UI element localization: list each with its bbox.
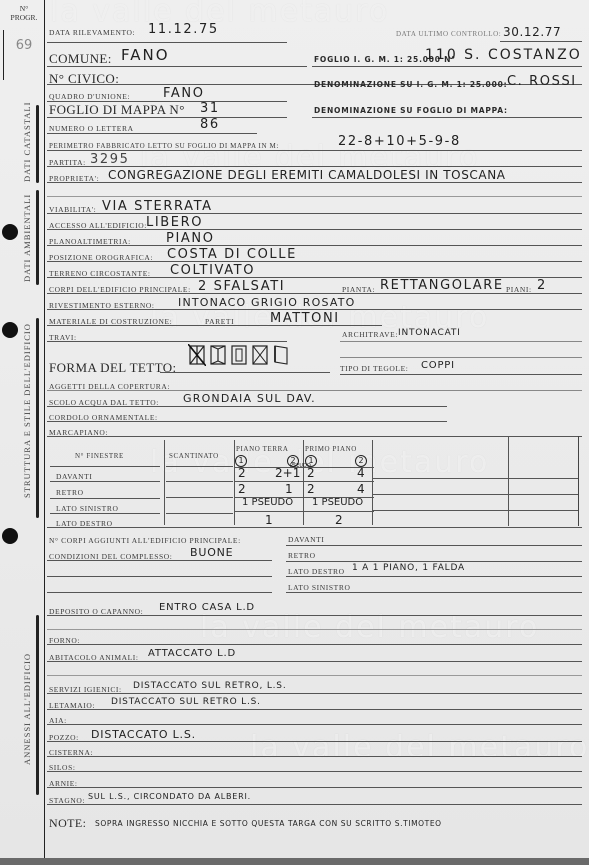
comune-label: COMUNE: xyxy=(49,51,112,67)
aggiunti-davanti-label: DAVANTI xyxy=(288,535,324,544)
aggiunti-lato-sinistro-label: LATO SINISTRO xyxy=(288,583,350,592)
row-label-davanti: DAVANTI xyxy=(56,472,92,481)
materiale-value: MATTONI xyxy=(270,311,340,326)
architrave-value: INTONACATI xyxy=(398,328,461,338)
forma-tetto-label: FORMA DEL TETTO: xyxy=(49,360,177,376)
partita-value: 3295 xyxy=(90,152,129,167)
watermark: la valle del metauro xyxy=(250,730,589,765)
deposito-value: ENTRO CASA L.D xyxy=(159,602,255,613)
side-label-annessi: ANNESSI ALL'EDIFICIO xyxy=(22,653,32,765)
accesso-value: LIBERO xyxy=(146,215,203,230)
comune-value: FANO xyxy=(121,46,170,64)
tipo-tegole-value: COPPI xyxy=(421,360,455,371)
pianta-value: RETTANGOLARE xyxy=(380,278,504,293)
aggiunti-retro-label: RETRO xyxy=(288,551,316,560)
plano-value: PIANO xyxy=(166,231,215,246)
terreno-value: COLTIVATO xyxy=(170,263,255,278)
perimetro-label: PERIMETRO FABBRICATO LETTO SU FOGLIO DI … xyxy=(49,142,279,150)
stagno-value: SUL L.S., CIRCONDATO DA ALBERI. xyxy=(88,792,251,801)
aggiunti-lato-destro-value: 1 A 1 PIANO, 1 FALDA xyxy=(352,563,465,573)
row-label-retro: RETRO xyxy=(56,488,84,497)
bracket xyxy=(36,105,39,183)
foglio-mappa-label: FOGLIO DI MAPPA N° xyxy=(49,102,185,118)
piano-terra-header: PIANO TERRA xyxy=(236,445,289,453)
left-margin-line xyxy=(44,0,45,858)
abitacolo-value: ATTACCATO L.D xyxy=(148,648,236,659)
numero-value: 86 xyxy=(200,117,220,132)
aggiunti-lato-destro-label: LATO DESTRO xyxy=(288,567,345,576)
denom-foglio-label: DENOMINAZIONE SU FOGLIO DI MAPPA: xyxy=(314,106,508,115)
roof-shed-icon[interactable] xyxy=(272,344,290,366)
cell-lato-destro-pt: 1 xyxy=(265,513,273,527)
roof-hip-icon-selected[interactable] xyxy=(188,344,206,366)
row-label-lato-sinistro: LATO SINISTRO xyxy=(56,504,118,513)
survey-form-page: la valle del metauro la valle del metaur… xyxy=(0,0,589,865)
foglio-mappa-value: 31 xyxy=(200,101,220,116)
cell-retro-pt2: 1 xyxy=(285,482,293,496)
roof-shape-options xyxy=(188,344,290,366)
note-label: NOTE: xyxy=(49,816,86,831)
cell-lato-sinistro-pt: 1 PSEUDO xyxy=(242,497,293,508)
tipo-tegole-label: TIPO DI TEGOLE: xyxy=(340,364,408,373)
piani-value: 2 xyxy=(537,278,547,293)
bracket xyxy=(36,615,39,795)
scan-edge xyxy=(0,858,589,865)
cell-davanti-pt1: 2 xyxy=(238,466,246,480)
scolo-value: GRONDAIA SUL DAV. xyxy=(183,392,316,405)
primo-piano-header: PRIMO PIANO xyxy=(305,445,357,453)
roof-trapezoid-icon[interactable] xyxy=(230,344,248,366)
divider xyxy=(3,30,4,80)
watermark: la valle del metauro xyxy=(50,0,389,29)
data-rilevamento-label: DATA RILEVAMENTO: xyxy=(49,28,135,37)
cell-retro-pp2: 4 xyxy=(357,482,365,496)
numero-label: NUMERO o LETTERA xyxy=(49,124,134,133)
condizioni-value: BUONE xyxy=(190,546,233,559)
viabilita-value: VIA STERRATA xyxy=(102,199,213,214)
bracket xyxy=(36,190,39,285)
proprieta-value: CONGREGAZIONE DEGLI EREMITI CAMALDOLESI … xyxy=(108,168,506,182)
progr-value: 69 xyxy=(4,38,44,53)
data-ultimo-controllo-value: 30.12.77 xyxy=(503,25,561,39)
bracket xyxy=(36,318,39,518)
quadro-label: QUADRO D'UNIONE: xyxy=(49,92,130,101)
denom-igm-label: DENOMINAZIONE SU I. G. M. 1: 25.000: xyxy=(314,80,507,89)
cell-davanti-pp2: 4 xyxy=(357,466,365,480)
progr-label: N°PROGR. xyxy=(4,4,44,22)
posizione-value: COSTA DI COLLE xyxy=(167,247,297,262)
cell-retro-pt1: 2 xyxy=(238,482,246,496)
finestre-header: N° FINESTRE xyxy=(75,452,124,460)
quadro-value: FANO xyxy=(163,86,205,101)
note-value: SOPRA INGRESSO NICCHIA E SOTTO QUESTA TA… xyxy=(95,819,442,828)
binder-hole xyxy=(2,528,18,544)
progressive-number-box: N°PROGR. 69 xyxy=(4,2,44,72)
cell-davanti-pt2-note: PSEUDO xyxy=(290,464,302,469)
binder-hole xyxy=(2,322,18,338)
denom-igm-value: C. ROSSI xyxy=(507,74,577,89)
perimetro-value: 22-8+10+5-9-8 xyxy=(338,134,461,149)
foglio-igm-value: 110 S. COSTANZO xyxy=(425,47,582,63)
cell-lato-sinistro-pp: 1 PSEUDO xyxy=(312,497,363,508)
cell-davanti-pp1: 2 xyxy=(307,466,315,480)
corpi-aggiunti-label: N° CORPI AGGIUNTI ALL'EDIFICIO PRINCIPAL… xyxy=(49,536,241,545)
data-ultimo-controllo-label: DATA ULTIMO CONTROLLO: xyxy=(396,30,501,38)
side-label-struttura: STRUTTURA E STILE DELL'EDIFICIO xyxy=(22,323,32,498)
corpi-value: 2 SFALSATI xyxy=(198,279,285,294)
side-label-catastali: DATI CATASTALI xyxy=(22,102,32,182)
cell-retro-pp1: 2 xyxy=(307,482,315,496)
cell-lato-destro-pp: 2 xyxy=(335,513,343,527)
servizi-value: DISTACCATO SUL RETRO, L.S. xyxy=(133,681,286,691)
roof-gable-icon[interactable] xyxy=(209,344,227,366)
roof-pavilion-icon[interactable] xyxy=(251,344,269,366)
data-rilevamento-value: 11.12.75 xyxy=(148,22,219,37)
letamaio-value: DISTACCATO SUL RETRO L.S. xyxy=(111,697,261,707)
side-label-ambientali: DATI AMBIENTALI xyxy=(22,194,32,282)
pozzo-value: DISTACCATO L.S. xyxy=(91,728,196,741)
scantinato-header: SCANTINATO xyxy=(169,452,219,460)
rivestimento-value: INTONACO GRIGIO ROSATO xyxy=(178,296,356,309)
architrave-label: ARCHITRAVE: xyxy=(342,330,398,339)
binder-hole xyxy=(2,224,18,240)
